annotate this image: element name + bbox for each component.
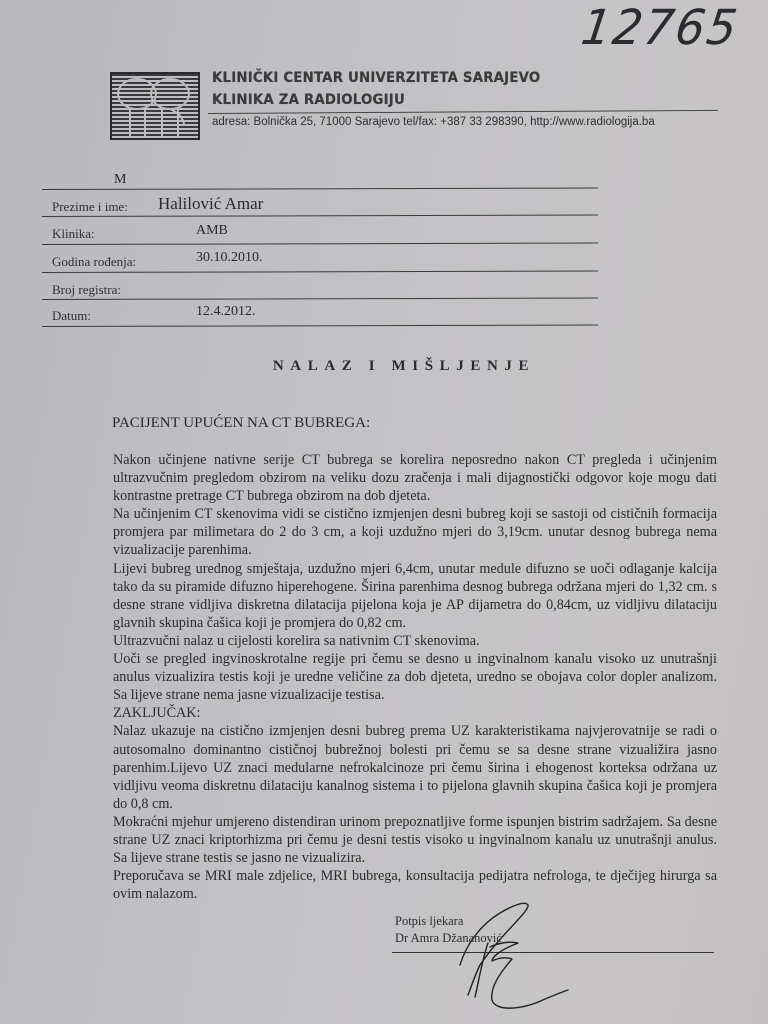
conclusion-label: ZAKLJUČAK: [113,704,717,722]
radiology-clinic-logo-icon [110,72,200,140]
form-rule [42,298,598,300]
sex-marker: M [114,172,126,188]
conclusion-paragraph: Preporučava se MRI male zdjelice, MRI bu… [113,867,717,903]
field-value-name: Halilović Amar [158,194,263,214]
field-value-clinic: AMB [196,223,228,239]
findings-paragraph: Lijevi bubreg urednog smještaja, uzdužno… [113,560,717,632]
report-body: Nakon učinjene nativne serije CT bubrega… [113,451,717,903]
report-title: NALAZ I MIŠLJENJE [0,358,768,375]
institution-name: KLINIČKI CENTAR UNIVERZITETA SARAJEVO [212,70,540,86]
handwritten-signature-icon [430,895,570,1020]
field-label-registry-number: Broj registra: [52,282,121,298]
conclusion-paragraph: Nalaz ukazuje na cistično izmjenjen desn… [113,722,717,812]
form-rule [42,188,598,190]
field-label-date: Datum: [52,308,91,324]
findings-paragraph: Uoči se pregled ingvinoskrotalne regije … [113,650,717,704]
form-rule [42,325,598,327]
institution-address: adresa: Bolnička 25, 71000 Sarajevo tel/… [212,116,655,128]
field-label-name: Prezime i ime: [52,199,128,215]
conclusion-paragraph: Mokraćni mjehur umjereno distendiran uri… [113,813,717,867]
department-name: KLINIKA ZA RADIOLOGIJU [212,92,405,108]
field-value-date: 12.4.2012. [196,304,256,320]
form-rule [42,243,598,245]
findings-paragraph: Ultrazvučni nalaz u cijelosti korelira s… [113,632,717,650]
findings-paragraph: Na učinjenim CT skenovima vidi se cistič… [113,505,717,559]
findings-paragraph: Nakon učinjene nativne serije CT bubrega… [113,451,717,505]
field-value-birth-date: 30.10.2010. [196,250,263,266]
form-rule [42,215,598,217]
header-divider [208,110,718,114]
field-label-birth-date: Godina rođenja: [52,254,136,270]
handwritten-archive-number: 12765 [578,0,742,55]
form-rule [42,271,598,273]
referral-subheading: PACIJENT UPUĆEN NA CT BUBREGA: [112,415,370,432]
field-label-clinic: Klinika: [52,226,95,242]
